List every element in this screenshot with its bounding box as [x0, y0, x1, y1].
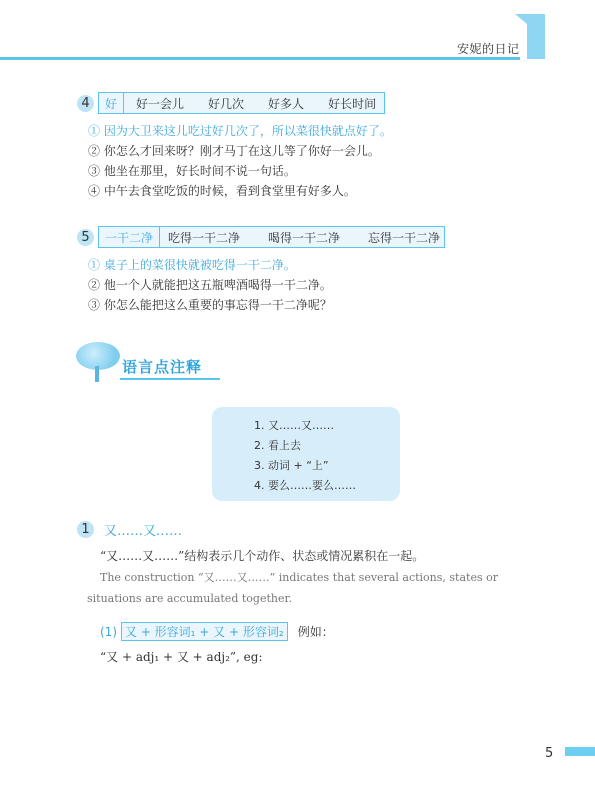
pattern-example-label: 例如： [298, 623, 334, 640]
vocab-phrase: 好一会儿 [124, 95, 194, 112]
tree-trunk-icon [95, 366, 99, 382]
header-rule [0, 57, 520, 60]
grammar-summary-box: 1. 又……又…… 2. 看上去 3. 动词 + “上” 4. 要么……要么…… [212, 407, 400, 501]
item-number-badge: 4 [77, 95, 94, 112]
point-number-badge: 1 [77, 521, 94, 538]
pattern-formula: 又 + 形容词₁ + 又 + 形容词₂ [121, 622, 288, 641]
pattern-row: (1) 又 + 形容词₁ + 又 + 形容词₂ 例如： [100, 622, 334, 641]
vocab-phrase: 好长时间 [314, 95, 384, 112]
section-underline [120, 378, 220, 380]
vocab-key: 好 [99, 93, 124, 113]
example-sentence: ① 桌子上的菜很快就被吃得一干二净。 [88, 255, 332, 275]
example-sentences-5: ① 桌子上的菜很快就被吃得一干二净。 ② 他一个人就能把这五瓶啤酒喝得一干二净。… [88, 255, 332, 315]
grammar-point-heading: 1 又……又…… [77, 520, 182, 539]
vocab-row-4: 4 好 好一会儿 好几次 好多人 好长时间 [77, 92, 385, 114]
summary-item: 4. 要么……要么…… [254, 476, 400, 496]
vocab-box: 好 好一会儿 好几次 好多人 好长时间 [98, 92, 385, 114]
summary-item: 3. 动词 + “上” [254, 456, 400, 476]
pattern-english: “又 + adj₁ + 又 + adj₂”, eg: [100, 648, 263, 665]
chapter-title: 安妮的日记 [457, 40, 520, 57]
example-sentence: ③ 他坐在那里，好长时间不说一句话。 [88, 161, 392, 181]
example-sentence: ④ 中午去食堂吃饭的时候，看到食堂里有好多人。 [88, 181, 392, 201]
vocab-box: 一干二净 吃得一干二净 喝得一干二净 忘得一干二净 [98, 226, 445, 248]
point-title: 又……又…… [104, 520, 182, 539]
item-number-badge: 5 [77, 229, 94, 246]
page-number: 5 [545, 746, 553, 761]
pattern-label: (1) [100, 625, 117, 639]
section-title: 语言点注释 [122, 356, 202, 377]
vocab-phrase: 吃得一干二净 [160, 229, 250, 246]
example-sentence: ③ 你怎么能把这么重要的事忘得一干二净呢？ [88, 295, 332, 315]
example-sentences-4: ① 因为大卫来这儿吃过好几次了，所以菜很快就点好了。 ② 你怎么才回来呀？刚才马… [88, 121, 392, 201]
page-number-bar [565, 747, 595, 756]
example-sentence: ② 你怎么才回来呀？刚才马丁在这儿等了你好一会儿。 [88, 141, 392, 161]
vocab-phrase: 好几次 [194, 95, 254, 112]
explanation-en: The construction “又……又……” indicates that… [87, 567, 527, 609]
vocab-phrase: 好多人 [254, 95, 314, 112]
example-sentence: ① 因为大卫来这儿吃过好几次了，所以菜很快就点好了。 [88, 121, 392, 141]
section-heading: 语言点注释 [72, 338, 222, 383]
vocab-row-5: 5 一干二净 吃得一干二净 喝得一干二净 忘得一干二净 [77, 226, 445, 248]
vocab-phrase: 喝得一干二净 [250, 229, 350, 246]
vocab-phrase: 忘得一干二净 [350, 229, 444, 246]
vocab-key: 一干二净 [99, 227, 160, 247]
summary-item: 2. 看上去 [254, 436, 400, 456]
chapter-number-graphic [527, 14, 545, 59]
explanation-zh: “又……又……”结构表示几个动作、状态或情况累积在一起。 [100, 547, 424, 564]
summary-item: 1. 又……又…… [254, 416, 400, 436]
example-sentence: ② 他一个人就能把这五瓶啤酒喝得一干二净。 [88, 275, 332, 295]
